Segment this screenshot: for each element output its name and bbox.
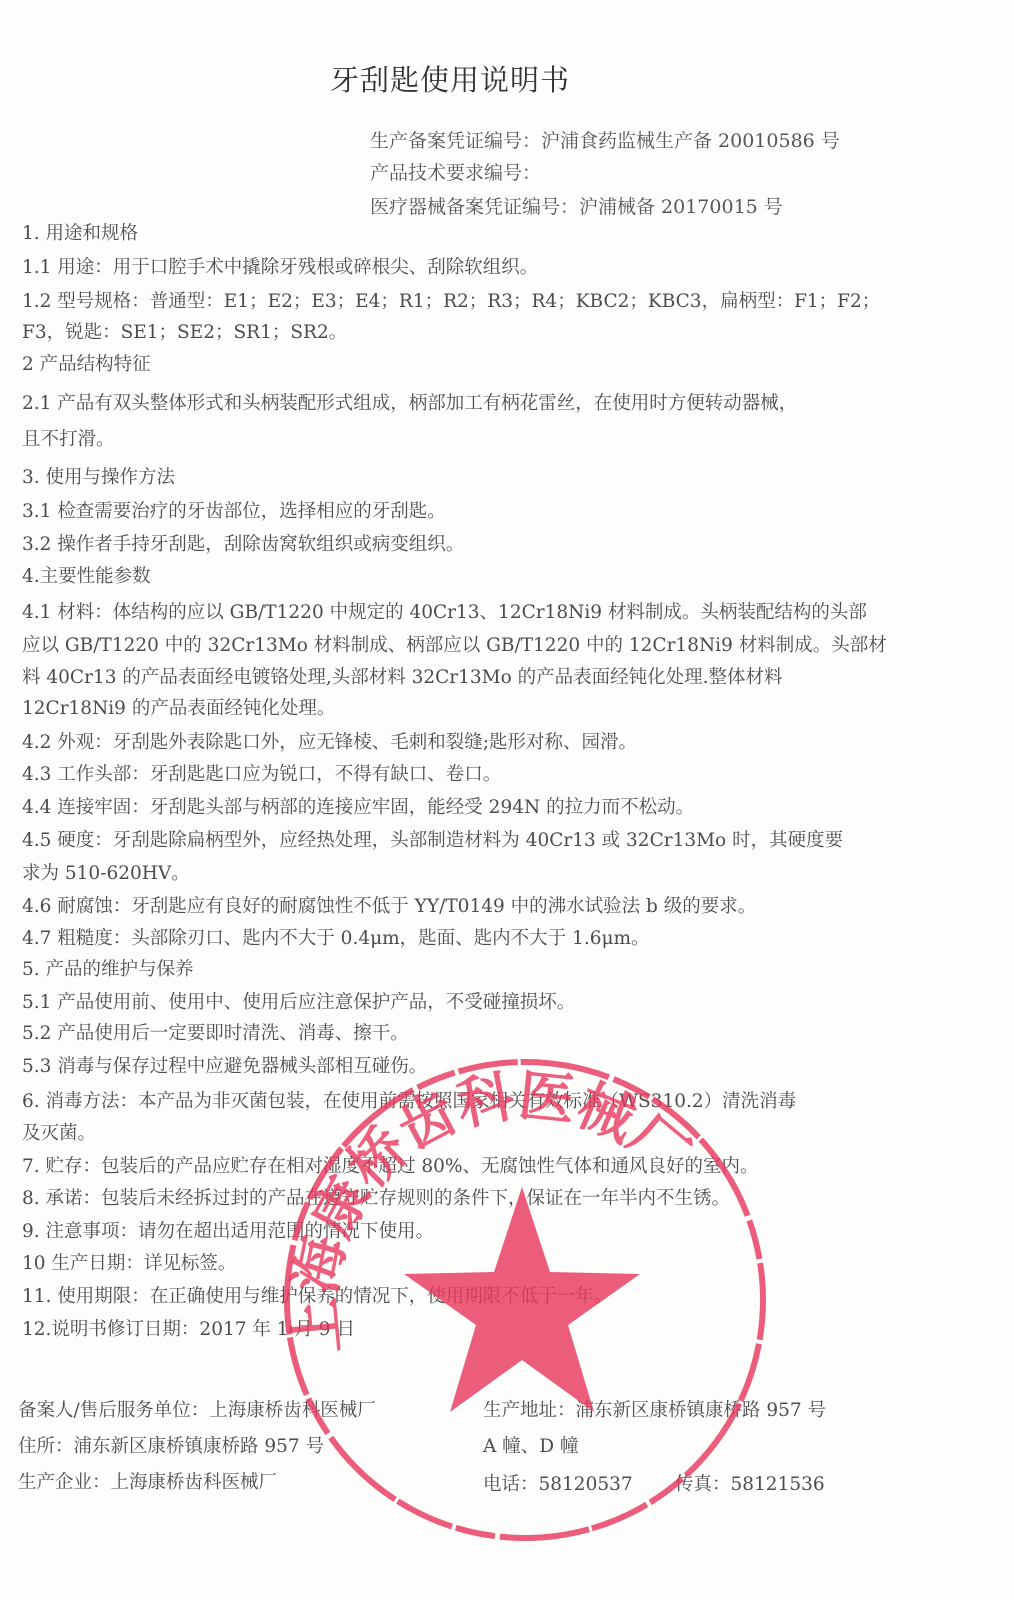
document-line: 5.2 产品使用后一定要即时清洗、消毒、擦干。: [22, 1022, 409, 1046]
instruction-document: 牙刮匙使用说明书 生产备案凭证编号：沪浦食药监械生产备 20010586 号 产…: [0, 0, 1014, 1600]
document-line: 及灭菌。: [22, 1122, 96, 1146]
document-line: 11. 使用期限：在正确使用与维护保养的情况下，使用期限不低于一年。: [22, 1285, 612, 1309]
document-line: 5. 产品的维护与保养: [22, 958, 194, 982]
document-line: 3. 使用与操作方法: [22, 466, 175, 490]
document-line: 12Cr18Ni9 的产品表面经钝化处理。: [22, 697, 335, 721]
document-line: 6. 消毒方法：本产品为非灭菌包装，在使用前需按照国家相关有效标准（WS310.…: [22, 1090, 796, 1114]
document-line: 4.2 外观：牙刮匙外表除匙口外，应无锋棱、毛刺和裂缝;匙形对称、园滑。: [22, 731, 637, 755]
document-line: 5.3 消毒与保存过程中应避免器械头部相互碰伤。: [22, 1055, 427, 1079]
residence-address: 住所：浦东新区康桥镇康桥路 957 号: [18, 1432, 324, 1458]
document-line: F3，锐匙：SE1；SE2；SR1；SR2。: [22, 321, 347, 345]
document-line: 4.3 工作头部：牙刮匙匙口应为锐口，不得有缺口、卷口。: [22, 763, 501, 787]
document-line: 3.2 操作者手持牙刮匙，刮除齿窝软组织或病变组织。: [22, 533, 464, 557]
document-line: 4.6 耐腐蚀：牙刮匙应有良好的耐腐蚀性不低于 YY/T0149 中的沸水试验法…: [22, 895, 756, 919]
document-line: 求为 510-620HV。: [22, 862, 190, 886]
production-address: 生产地址：浦东新区康桥镇康桥路 957 号: [483, 1396, 826, 1422]
document-line: 8. 承诺：包装后未经拆过封的产品在遵守贮存规则的条件下，保证在一年半内不生锈。: [22, 1187, 730, 1211]
document-line: 4.5 硬度：牙刮匙除扁柄型外，应经热处理，头部制造材料为 40Cr13 或 3…: [22, 829, 843, 853]
document-line: 4.1 材料：体结构的应以 GB/T1220 中规定的 40Cr13、12Cr1…: [22, 601, 867, 625]
document-line: 5.1 产品使用前、使用中、使用后应注意保护产品，不受碰撞损坏。: [22, 991, 575, 1015]
document-line: 4.4 连接牢固：牙刮匙头部与柄部的连接应牢固，能经受 294N 的拉力而不松动…: [22, 796, 694, 820]
document-line: 4.7 粗糙度：头部除刃口、匙内不大于 0.4μm，匙面、匙内不大于 1.6μm…: [22, 927, 650, 951]
production-filing-number: 生产备案凭证编号：沪浦食药监械生产备 20010586 号: [370, 126, 840, 153]
document-line: 应以 GB/T1220 中的 32Cr13Mo 材料制成、柄部应以 GB/T12…: [22, 634, 887, 658]
document-line: 1. 用途和规格: [22, 222, 138, 246]
fax-number: 传真：58121536: [675, 1470, 825, 1496]
phone-number: 电话：58120537: [483, 1470, 633, 1496]
document-title: 牙刮匙使用说明书: [330, 58, 570, 99]
document-line: 10 生产日期：详见标签。: [22, 1252, 236, 1276]
document-line: 9. 注意事项：请勿在超出适用范围的情况下使用。: [22, 1220, 434, 1244]
production-address-buildings: A 幢、D 幢: [483, 1432, 578, 1458]
manufacturer: 生产企业：上海康桥齿科医械厂: [18, 1468, 277, 1494]
document-line: 7. 贮存：包装后的产品应贮存在相对湿度不超过 80%、无腐蚀性气体和通风良好的…: [22, 1155, 759, 1179]
document-line: 1.1 用途：用于口腔手术中撬除牙残根或碎根尖、刮除软组织。: [22, 256, 538, 280]
filing-unit: 备案人/售后服务单位：上海康桥齿科医械厂: [18, 1396, 376, 1422]
document-line: 4.主要性能参数: [22, 565, 151, 589]
document-line: 料 40Cr13 的产品表面经电镀铬处理,头部材料 32Cr13Mo 的产品表面…: [22, 666, 783, 690]
device-filing-number: 医疗器械备案凭证编号：沪浦械备 20170015 号: [370, 192, 783, 219]
document-line: 3.1 检查需要治疗的牙齿部位，选择相应的牙刮匙。: [22, 500, 446, 524]
document-line: 12.说明书修订日期：2017 年 1 月 9 日: [22, 1318, 355, 1342]
technical-requirement-number: 产品技术要求编号：: [370, 158, 541, 185]
document-line: 1.2 型号规格：普通型：E1；E2；E3；E4；R1；R2；R3；R4；KBC…: [22, 290, 880, 314]
document-line: 2.1 产品有双头整体形式和头柄装配形式组成，柄部加工有柄花雷丝，在使用时方便转…: [22, 392, 797, 416]
document-line: 2 产品结构特征: [22, 353, 151, 377]
document-line: 且不打滑。: [22, 428, 115, 452]
